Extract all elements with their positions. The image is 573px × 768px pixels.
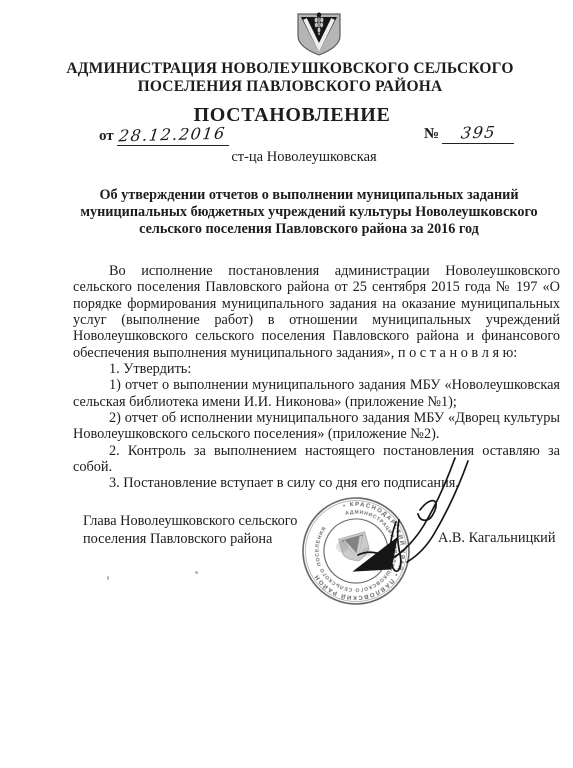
paragraph: 1) отчет о выполнении муниципального зад…: [73, 377, 560, 410]
place-line: ст-ца Новолеушковская: [74, 149, 534, 166]
number-handwritten-value: 395: [459, 124, 496, 143]
paragraph: 1. Утвердить:: [73, 361, 560, 377]
paragraph: 3. Постановление вступает в силу со дня …: [73, 475, 560, 491]
scan-speck: [107, 576, 109, 580]
coat-of-arms-icon: [294, 11, 344, 57]
organization-name-line2: ПОСЕЛЕНИЯ ПАВЛОВСКОГО РАЙОНА: [58, 78, 522, 96]
signatory-position-line1: Глава Новолеушковского сельского: [83, 513, 313, 531]
paragraph: 2) отчет об исполнении муниципального за…: [73, 410, 560, 443]
number-label: №: [424, 124, 439, 144]
document-page: АДМИНИСТРАЦИЯ НОВОЛЕУШКОВСКОГО СЕЛЬСКОГО…: [0, 0, 573, 768]
resolution-title: Об утверждении отчетов о выполнении муни…: [70, 187, 548, 238]
signature-autograph: [340, 450, 480, 580]
body-text: Во исполнение постановления администраци…: [73, 263, 560, 492]
organization-name-line1: АДМИНИСТРАЦИЯ НОВОЛЕУШКОВСКОГО СЕЛЬСКОГО: [58, 60, 522, 78]
paragraph: Во исполнение постановления администраци…: [73, 263, 560, 361]
number-field: № 395: [424, 124, 514, 144]
date-handwritten-value: 28.12.2016: [118, 125, 227, 146]
organization-name: АДМИНИСТРАЦИЯ НОВОЛЕУШКОВСКОГО СЕЛЬСКОГО…: [58, 60, 522, 95]
date-underline: 28.12.2016: [117, 126, 229, 146]
date-label: от: [99, 126, 114, 146]
date-field: от 28.12.2016: [99, 126, 229, 146]
signatory-position: Глава Новолеушковского сельского поселен…: [83, 513, 313, 549]
scan-speck: [509, 214, 511, 216]
number-underline: 395: [442, 124, 514, 144]
signatory-position-line2: поселения Павловского района: [83, 531, 313, 549]
scan-speck: [195, 571, 198, 574]
paragraph: 2. Контроль за выполнением настоящего по…: [73, 443, 560, 476]
